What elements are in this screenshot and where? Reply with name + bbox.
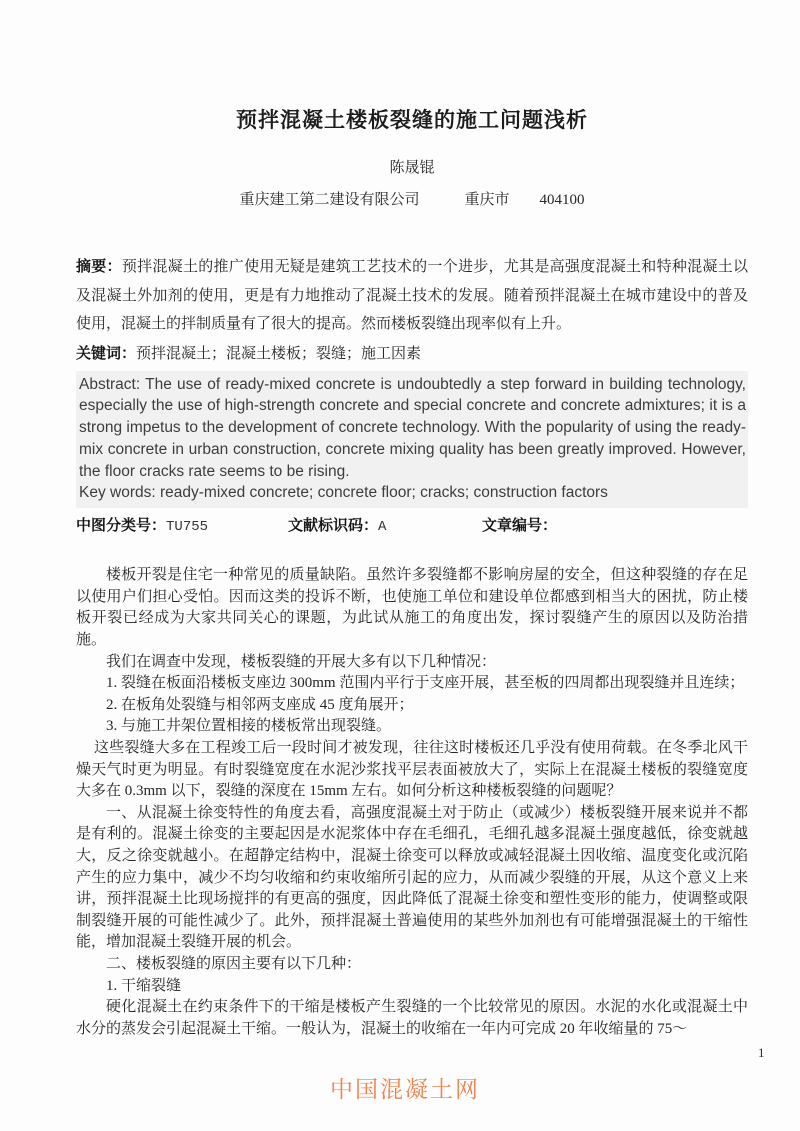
author-name: 陈晟锟 bbox=[76, 156, 748, 177]
body-paragraph: 3. 与施工井架位置相接的楼板常出现裂缝。 bbox=[76, 716, 748, 738]
body-paragraph: 二、楼板裂缝的原因主要有以下几种： bbox=[76, 954, 748, 976]
keywords-en-text: Key words: ready-mixed concrete; concret… bbox=[79, 482, 746, 504]
classification-row: 中图分类号：TU755 文献标识码：A 文章编号： bbox=[76, 514, 748, 539]
abstract-cn-label: 摘要： bbox=[76, 258, 122, 275]
keywords-cn: 关键词：预拌混凝土；混凝土楼板；裂缝；施工因素 bbox=[76, 340, 748, 368]
author-affiliation: 重庆建工第二建设有限公司 重庆市 404100 bbox=[76, 188, 748, 209]
doc-code-label: 文献标识码： bbox=[288, 517, 378, 534]
body-text: 楼板开裂是住宅一种常见的质量缺陷。虽然许多裂缝都不影响房屋的安全，但这种裂缝的存… bbox=[76, 565, 748, 1040]
abstract-cn-text: 预拌混凝土的推广使用无疑是建筑工艺技术的一个进步，尤其是高强度混凝土和特种混凝土… bbox=[76, 259, 748, 332]
body-paragraph: 1. 裂缝在板面沿楼板支座边 300mm 范围内平行于支座开展，甚至板的四周都出… bbox=[76, 673, 748, 695]
abstract-en-text: Abstract: The use of ready-mixed concret… bbox=[79, 374, 746, 483]
body-paragraph: 楼板开裂是住宅一种常见的质量缺陷。虽然许多裂缝都不影响房屋的安全，但这种裂缝的存… bbox=[76, 565, 748, 651]
page-title: 预拌混凝土楼板裂缝的施工问题浅析 bbox=[76, 104, 748, 134]
page-content: 预拌混凝土楼板裂缝的施工问题浅析 陈晟锟 重庆建工第二建设有限公司 重庆市 40… bbox=[76, 0, 748, 1040]
keywords-cn-label: 关键词： bbox=[76, 345, 136, 362]
abstract-en-block: Abstract: The use of ready-mixed concret… bbox=[76, 371, 748, 509]
doc-code-field: 文献标识码：A bbox=[288, 514, 482, 539]
watermark-text: 中国混凝土网 bbox=[330, 1071, 480, 1104]
body-paragraph: 这些裂缝大多在工程竣工后一段时间才被发现，往往这时楼板还几乎没有使用荷载。在冬季… bbox=[76, 738, 748, 803]
clc-value: TU755 bbox=[166, 519, 208, 535]
body-paragraph: 我们在调查中发现，楼板裂缝的开展大多有以下几种情况： bbox=[76, 652, 748, 674]
article-id-field: 文章编号： bbox=[482, 514, 557, 539]
body-paragraph: 2. 在板角处裂缝与相邻两支座成 45 度角展开； bbox=[76, 695, 748, 717]
article-id-label: 文章编号： bbox=[482, 517, 557, 534]
clc-label: 中图分类号： bbox=[76, 517, 166, 534]
document-page: 预拌混凝土楼板裂缝的施工问题浅析 陈晟锟 重庆建工第二建设有限公司 重庆市 40… bbox=[0, 0, 800, 1131]
abstract-cn: 摘要：预拌混凝土的推广使用无疑是建筑工艺技术的一个进步，尤其是高强度混凝土和特种… bbox=[76, 253, 748, 339]
body-paragraph: 1. 干缩裂缝 bbox=[76, 976, 748, 998]
body-paragraph: 硬化混凝土在约束条件下的干缩是楼板产生裂缝的一个比较常见的原因。水泥的水化或混凝… bbox=[76, 997, 748, 1040]
body-paragraph: 一、从混凝土徐变特性的角度去看，高强度混凝土对于防止（或减少）楼板裂缝开展来说并… bbox=[76, 803, 748, 954]
page-number: 1 bbox=[758, 1045, 765, 1061]
doc-code-value: A bbox=[378, 519, 386, 535]
keywords-cn-text: 预拌混凝土；混凝土楼板；裂缝；施工因素 bbox=[136, 346, 421, 362]
clc-field: 中图分类号：TU755 bbox=[76, 514, 288, 539]
